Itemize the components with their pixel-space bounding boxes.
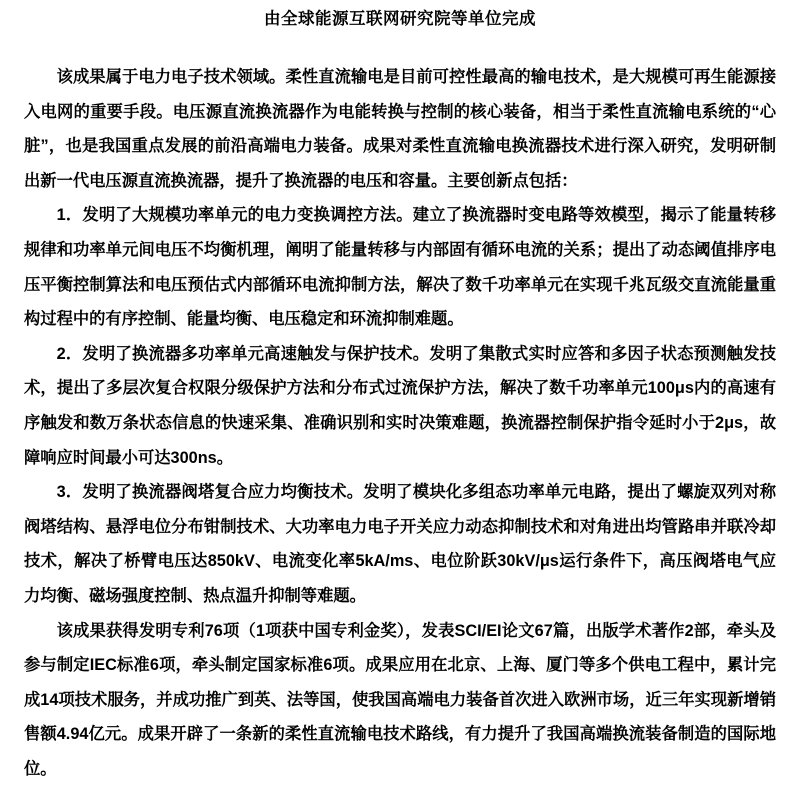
document-page: 由全球能源互联网研究院等单位完成 该成果属于电力电子技术领域。柔性直流输电是目前… [0, 0, 800, 810]
paragraph-innovation-3: 3．发明了换流器阀塔复合应力均衡技术。发明了模块化多组态功率单元电路，提出了螺旋… [24, 475, 776, 613]
document-body: 该成果属于电力电子技术领域。柔性直流输电是目前可控性最高的输电技术，是大规模可再… [24, 60, 776, 786]
paragraph-achievements: 该成果获得发明专利76项（1项获中国专利金奖），发表SCI/EI论文67篇，出版… [24, 614, 776, 787]
paragraph-overview: 该成果属于电力电子技术领域。柔性直流输电是目前可控性最高的输电技术，是大规模可再… [24, 60, 776, 198]
paragraph-innovation-1: 1．发明了大规模功率单元的电力变换调控方法。建立了换流器时变电路等效模型，揭示了… [24, 198, 776, 336]
paragraph-innovation-2: 2．发明了换流器多功率单元高速触发与保护技术。发明了集散式实时应答和多因子状态预… [24, 337, 776, 475]
document-title: 由全球能源互联网研究院等单位完成 [24, 8, 776, 30]
